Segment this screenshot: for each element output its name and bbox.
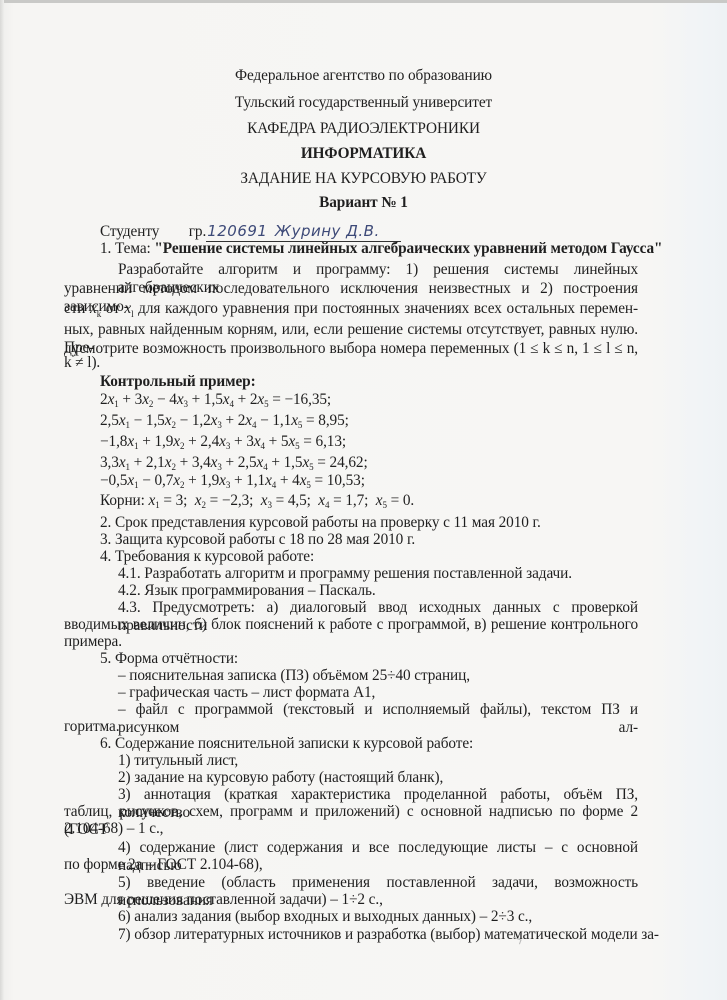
equation-row: 2,5x1 − 1,5x2 − 1,2x3 + 2x4 − 1,1x5 = 8,… (100, 412, 349, 430)
group-handwritten: 120691 (207, 222, 267, 240)
report-heading: 5. Форма отчётности: (100, 650, 238, 668)
assignment-title: ЗАДАНИЕ НА КУРСОВУЮ РАБОТУ (0, 170, 727, 188)
report-item-3-line-2: горитма. (64, 718, 119, 736)
report-item-1: – пояснительная записка (ПЗ) объёмом 25÷… (118, 667, 470, 685)
contents-item-4-line-2: по форме 2а – ГОСТ 2.104-68), (64, 856, 263, 874)
subject-title: ИНФОРМАТИКА (0, 145, 727, 163)
contents-item-1: 1) титульный лист, (118, 752, 238, 770)
contents-item-3-line-3: 2.104-68) – 1 с., (64, 820, 163, 838)
task-line-5: дусмотрите возможность произвольного выб… (64, 340, 638, 358)
student-label: Студенту (100, 223, 159, 240)
requirement-4-3-line-2: вводимых величин, б) блок пояснений к ра… (64, 616, 638, 634)
report-item-2: – графическая часть – лист формата А1, (118, 684, 375, 702)
university-line: Тульский государственный университет (0, 94, 727, 112)
requirements-heading: 4. Требования к курсовой работе: (100, 548, 314, 566)
contents-item-7: 7) обзор литературных источников и разра… (118, 926, 659, 944)
requirement-4-2: 4.2. Язык программирования – Паскаль. (118, 582, 376, 600)
group-label: гр. (189, 223, 206, 240)
defense-item: 3. Защита курсовой работы с 18 по 28 мая… (100, 531, 415, 549)
page-edge-top (0, 0, 727, 3)
student-row: Студенту гр.120691 Журину Д.В. (100, 222, 401, 242)
roots-line: Корни: x1 = 3; x2 = −2,3; x3 = 4,5; x4 =… (100, 492, 414, 510)
requirement-4-3-line-3: примера. (64, 633, 122, 651)
report-item-3-line-1: – файл с программой (текстовый и исполня… (118, 701, 638, 737)
topic-title: "Решение системы линейных алгебраических… (154, 240, 662, 257)
contents-item-6: 6) анализ задания (выбор входных и выход… (118, 908, 532, 926)
control-example-heading: Контрольный пример: (100, 373, 256, 391)
requirement-4-1: 4.1. Разработать алгоритм и программу ре… (118, 565, 572, 583)
equation-row: 2x1 + 3x2 − 4x3 + 1,5x4 + 2x5 = −16,35; (100, 391, 331, 409)
department-line: КАФЕДРА РАДИОЭЛЕКТРОНИКИ (0, 120, 727, 138)
deadline-item: 2. Срок представления курсовой работы на… (100, 514, 541, 532)
equation-row: −1,8x1 + 1,9x2 + 2,4x3 + 3x4 + 5x5 = 6,1… (100, 433, 346, 451)
task-line-6: k ≠ l). (64, 354, 100, 372)
scanned-page: Федеральное агентство по образованию Тул… (0, 0, 727, 1000)
equation-row: 3,3x1 + 2,1x2 + 3,4x3 + 2,5x4 + 1,5x5 = … (100, 454, 368, 472)
task-line-3: сти xk от xl для каждого уравнения при п… (64, 300, 638, 323)
topic-line: 1. Тема: "Решение системы линейных алгеб… (100, 240, 662, 258)
roots-values: x1 = 3; x2 = −2,3; x3 = 4,5; x4 = 1,7; x… (149, 492, 415, 509)
name-handwritten: Журину Д.В. (275, 222, 380, 240)
agency-line: Федеральное агентство по образованию (0, 67, 727, 85)
variant-label: Вариант № 1 (0, 194, 727, 212)
contents-heading: 6. Содержание пояснительной записки к ку… (100, 735, 473, 753)
contents-item-5-line-2: ЭВМ для решения поставленной задачи) – 1… (64, 891, 383, 909)
topic-label: 1. Тема: (100, 240, 154, 257)
roots-label: Корни: (100, 492, 145, 509)
equation-row: −0,5x1 − 0,7x2 + 1,9x3 + 1,1x4 + 4x5 = 1… (100, 472, 365, 490)
contents-item-2: 2) задание на курсовую работу (настоящий… (118, 769, 443, 787)
